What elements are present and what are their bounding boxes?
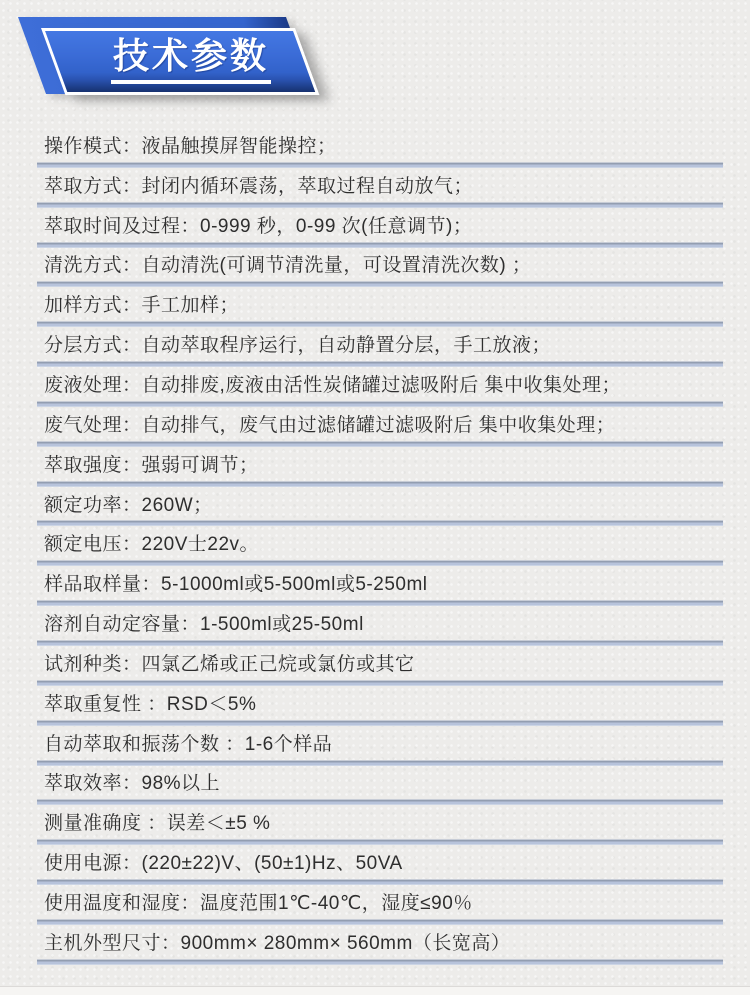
spec-text: 主机外型尺寸：900mm× 280mm× 560mm（长宽高） bbox=[44, 928, 510, 955]
spec-row: 测量准确度 ：误差＜±5 % bbox=[37, 805, 723, 845]
spec-text: 试剂种类：四氯乙烯或正己烷或氯仿或其它 bbox=[44, 649, 415, 676]
page-title: 技术参数 bbox=[111, 38, 271, 84]
title-banner: 技术参数 bbox=[0, 0, 380, 115]
spec-row: 加样方式：手工加样； bbox=[37, 287, 723, 327]
spec-text: 自动萃取和振荡个数 ：1-6个样品 bbox=[44, 729, 332, 756]
spec-row: 萃取效率：98%以上 bbox=[37, 766, 723, 806]
spec-row: 废气处理：自动排气，废气由过滤储罐过滤吸附后 集中收集处理； bbox=[37, 407, 723, 447]
spec-text: 萃取时间及过程：0-999 秒，0-99 次(任意调节)； bbox=[44, 211, 472, 238]
spec-text: 萃取方式：封闭内循环震荡，萃取过程自动放气； bbox=[44, 171, 473, 198]
spec-text: 萃取强度：强弱可调节； bbox=[44, 450, 259, 477]
spec-row: 溶剂自动定容量：1-500ml或25-50ml bbox=[37, 606, 723, 646]
spec-text: 使用温度和湿度：温度范围1℃-40℃，湿度≤90％ bbox=[44, 888, 473, 915]
spec-text: 样品取样量：5-1000ml或5-500ml或5-250ml bbox=[44, 569, 428, 596]
spec-row: 样品取样量：5-1000ml或5-500ml或5-250ml bbox=[37, 566, 723, 606]
spec-row: 主机外型尺寸：900mm× 280mm× 560mm（长宽高） bbox=[37, 925, 723, 965]
spec-text: 分层方式：自动萃取程序运行，自动静置分层，手工放液； bbox=[44, 330, 551, 357]
spec-row: 自动萃取和振荡个数 ：1-6个样品 bbox=[37, 726, 723, 766]
spec-row: 废液处理：自动排废,废液由活性炭储罐过滤吸附后 集中收集处理； bbox=[37, 367, 723, 407]
spec-text: 使用电源：(220±22)V、(50±1)Hz、50VA bbox=[44, 848, 403, 875]
spec-row: 萃取强度：强弱可调节； bbox=[37, 447, 723, 487]
spec-sheet-page: 技术参数 操作模式：液晶触摸屏智能操控； 萃取方式：封闭内循环震荡，萃取过程自动… bbox=[0, 0, 750, 995]
spec-text: 溶剂自动定容量：1-500ml或25-50ml bbox=[44, 609, 364, 636]
spec-row: 萃取时间及过程：0-999 秒，0-99 次(任意调节)； bbox=[37, 208, 723, 248]
spec-row: 萃取方式：封闭内循环震荡，萃取过程自动放气； bbox=[37, 168, 723, 208]
spec-text: 操作模式：液晶触摸屏智能操控； bbox=[44, 131, 337, 158]
spec-row: 操作模式：液晶触摸屏智能操控； bbox=[37, 128, 723, 168]
spec-row: 试剂种类：四氯乙烯或正己烷或氯仿或其它 bbox=[37, 646, 723, 686]
page-bottom-edge bbox=[0, 986, 750, 995]
spec-row: 萃取重复性 ：RSD＜5% bbox=[37, 686, 723, 726]
spec-row: 分层方式：自动萃取程序运行，自动静置分层，手工放液； bbox=[37, 327, 723, 367]
spec-row: 清洗方式：自动清洗(可调节清洗量，可设置清洗次数) ； bbox=[37, 248, 723, 288]
row-divider bbox=[37, 959, 723, 965]
spec-row: 使用电源：(220±22)V、(50±1)Hz、50VA bbox=[37, 845, 723, 885]
spec-text: 废气处理：自动排气，废气由过滤储罐过滤吸附后 集中收集处理； bbox=[44, 410, 615, 437]
spec-row: 额定功率：260W； bbox=[37, 487, 723, 527]
spec-text: 清洗方式：自动清洗(可调节清洗量，可设置清洗次数) ； bbox=[44, 250, 531, 277]
spec-text: 萃取效率：98%以上 bbox=[44, 768, 220, 795]
spec-text: 测量准确度 ：误差＜±5 % bbox=[44, 808, 270, 835]
spec-list: 操作模式：液晶触摸屏智能操控； 萃取方式：封闭内循环震荡，萃取过程自动放气； 萃… bbox=[37, 128, 723, 965]
spec-row: 额定电压：220V士22v。 bbox=[37, 526, 723, 566]
spec-text: 加样方式：手工加样； bbox=[44, 290, 239, 317]
spec-row: 使用温度和湿度：温度范围1℃-40℃，湿度≤90％ bbox=[37, 885, 723, 925]
spec-text: 废液处理：自动排废,废液由活性炭储罐过滤吸附后 集中收集处理； bbox=[44, 370, 621, 397]
spec-text: 额定功率：260W； bbox=[44, 490, 213, 517]
spec-text: 萃取重复性 ：RSD＜5% bbox=[44, 689, 256, 716]
spec-text: 额定电压：220V士22v。 bbox=[44, 529, 259, 556]
